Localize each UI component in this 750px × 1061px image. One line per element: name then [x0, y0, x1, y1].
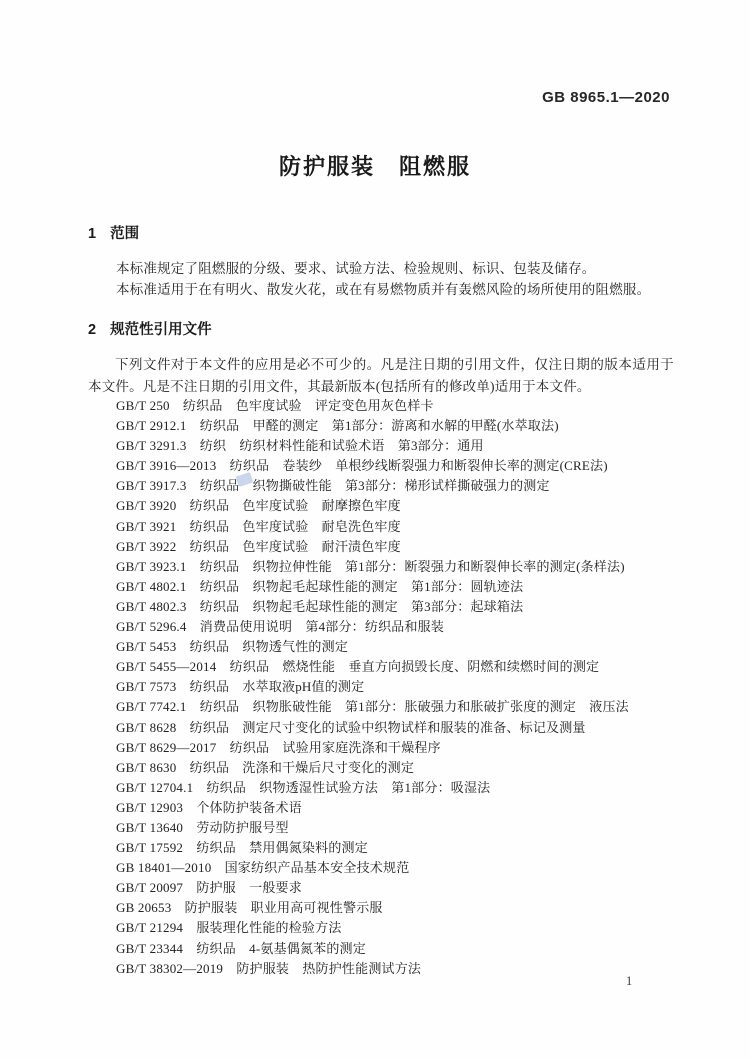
- reference-item: GB/T 12903 个体防护装备术语: [116, 798, 686, 818]
- document-page: GB 8965.1—2020 防护服装 阻燃服 1范围 本标准规定了阻燃服的分级…: [0, 0, 750, 1061]
- reference-item: GB/T 8629—2017 纺织品 试验用家庭洗涤和干燥程序: [116, 738, 686, 758]
- reference-item: GB/T 250 纺织品 色牢度试验 评定变色用灰色样卡: [116, 396, 686, 416]
- page-number: 1: [626, 974, 632, 989]
- section-2-title: 规范性引用文件: [110, 322, 212, 338]
- section-2-heading: 2规范性引用文件: [88, 318, 212, 339]
- reference-item: GB/T 5453 纺织品 织物透气性的测定: [116, 637, 686, 657]
- reference-item: GB/T 13640 劳动防护服号型: [116, 818, 686, 838]
- reference-item: GB/T 3920 纺织品 色牢度试验 耐摩擦色牢度: [116, 496, 686, 516]
- reference-item: GB/T 17592 纺织品 禁用偶氮染料的测定: [116, 838, 686, 858]
- reference-item: GB/T 3916—2013 纺织品 卷装纱 单根纱线断裂强力和断裂伸长率的测定…: [116, 456, 686, 476]
- reference-item: GB/T 8630 纺织品 洗涤和干燥后尺寸变化的测定: [116, 758, 686, 778]
- reference-item: GB 20653 防护服装 职业用高可视性警示服: [116, 898, 686, 918]
- document-title: 防护服装 阻燃服: [0, 150, 750, 181]
- section-2-paragraph: 下列文件对于本文件的应用是必不可少的。凡是注日期的引用文件，仅注日期的版本适用于…: [88, 354, 674, 397]
- reference-item: GB 18401—2010 国家纺织产品基本安全技术规范: [116, 858, 686, 878]
- reference-item: GB/T 3291.3 纺织 纺织材料性能和试验术语 第3部分：通用: [116, 436, 686, 456]
- section-1-number: 1: [88, 226, 96, 242]
- standard-code: GB 8965.1—2020: [542, 89, 670, 106]
- reference-item: GB/T 20097 防护服 一般要求: [116, 878, 686, 898]
- reference-item: GB/T 5455—2014 纺织品 燃烧性能 垂直方向损毁长度、阴燃和续燃时间…: [116, 657, 686, 677]
- reference-item: GB/T 3923.1 纺织品 织物拉伸性能 第1部分：断裂强力和断裂伸长率的测…: [116, 557, 686, 577]
- references-list: GB/T 250 纺织品 色牢度试验 评定变色用灰色样卡 GB/T 2912.1…: [116, 396, 686, 979]
- reference-item: GB/T 3921 纺织品 色牢度试验 耐皂洗色牢度: [116, 517, 686, 537]
- section-1-heading: 1范围: [88, 222, 139, 243]
- reference-item: GB/T 7573 纺织品 水萃取液pH值的测定: [116, 677, 686, 697]
- section-1-paragraph-2: 本标准适用于在有明火、散发火花，或在有易燃物质并有轰燃风险的场所使用的阻燃服。: [116, 278, 650, 298]
- reference-item: GB/T 23344 纺织品 4-氨基偶氮苯的测定: [116, 939, 686, 959]
- reference-item: GB/T 7742.1 纺织品 织物胀破性能 第1部分：胀破强力和胀破扩张度的测…: [116, 697, 686, 717]
- reference-item: GB/T 4802.1 纺织品 织物起毛起球性能的测定 第1部分：圆轨迹法: [116, 577, 686, 597]
- section-1-paragraph-1: 本标准规定了阻燃服的分级、要求、试验方法、检验规则、标识、包装及储存。: [116, 257, 596, 277]
- reference-item: GB/T 8628 纺织品 测定尺寸变化的试验中织物试样和服装的准备、标记及测量: [116, 718, 686, 738]
- reference-item: GB/T 4802.3 纺织品 织物起毛起球性能的测定 第3部分：起球箱法: [116, 597, 686, 617]
- reference-item: GB/T 2912.1 纺织品 甲醛的测定 第1部分：游离和水解的甲醛(水萃取法…: [116, 416, 686, 436]
- section-1-title: 范围: [110, 226, 139, 242]
- section-2-number: 2: [88, 322, 96, 338]
- reference-item: GB/T 3922 纺织品 色牢度试验 耐汗渍色牢度: [116, 537, 686, 557]
- reference-item: GB/T 12704.1 纺织品 织物透湿性试验方法 第1部分：吸湿法: [116, 778, 686, 798]
- reference-item: GB/T 38302—2019 防护服装 热防护性能测试方法: [116, 959, 686, 979]
- reference-item: GB/T 5296.4 消费品使用说明 第4部分：纺织品和服装: [116, 617, 686, 637]
- reference-item: GB/T 21294 服装理化性能的检验方法: [116, 918, 686, 938]
- reference-item: GB/T 3917.3 纺织品 织物撕破性能 第3部分：梯形试样撕破强力的测定: [116, 476, 686, 496]
